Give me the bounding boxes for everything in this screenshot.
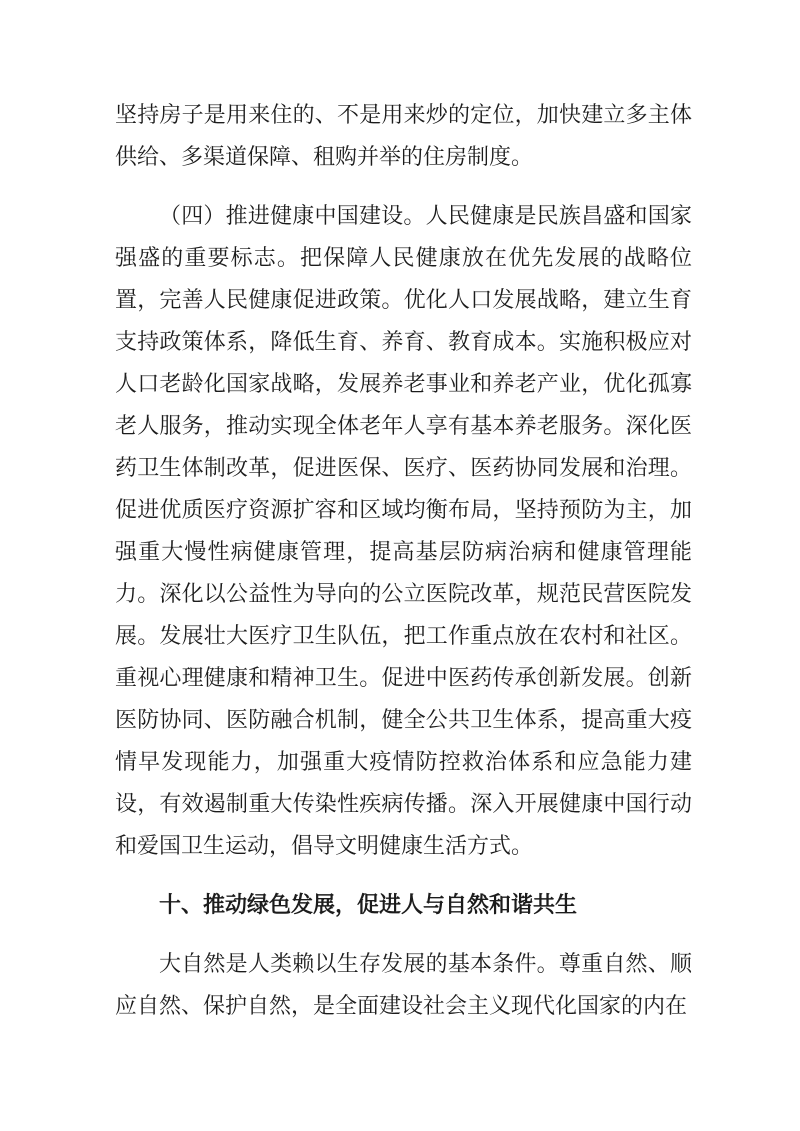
document-text-block: 坚持房子是用来住的、不是用来炒的定位，加快建立多主体供给、多渠道保障、租购并举的… — [115, 94, 692, 1044]
section-heading-green-development: 十、推动绿色发展，促进人与自然和谐共生 — [115, 884, 692, 926]
paragraph-housing-policy-continuation: 坚持房子是用来住的、不是用来炒的定位，加快建立多主体供给、多渠道保障、租购并举的… — [115, 94, 692, 178]
paragraph-nature-harmony: 大自然是人类赖以生存发展的基本条件。尊重自然、顺应自然、保护自然，是全面建设社会… — [115, 943, 692, 1027]
document-page: 坚持房子是用来住的、不是用来炒的定位，加快建立多主体供给、多渠道保障、租购并举的… — [0, 0, 800, 1131]
paragraph-healthy-china-section: （四）推进健康中国建设。人民健康是民族昌盛和国家强盛的重要标志。把保障人民健康放… — [115, 195, 692, 867]
